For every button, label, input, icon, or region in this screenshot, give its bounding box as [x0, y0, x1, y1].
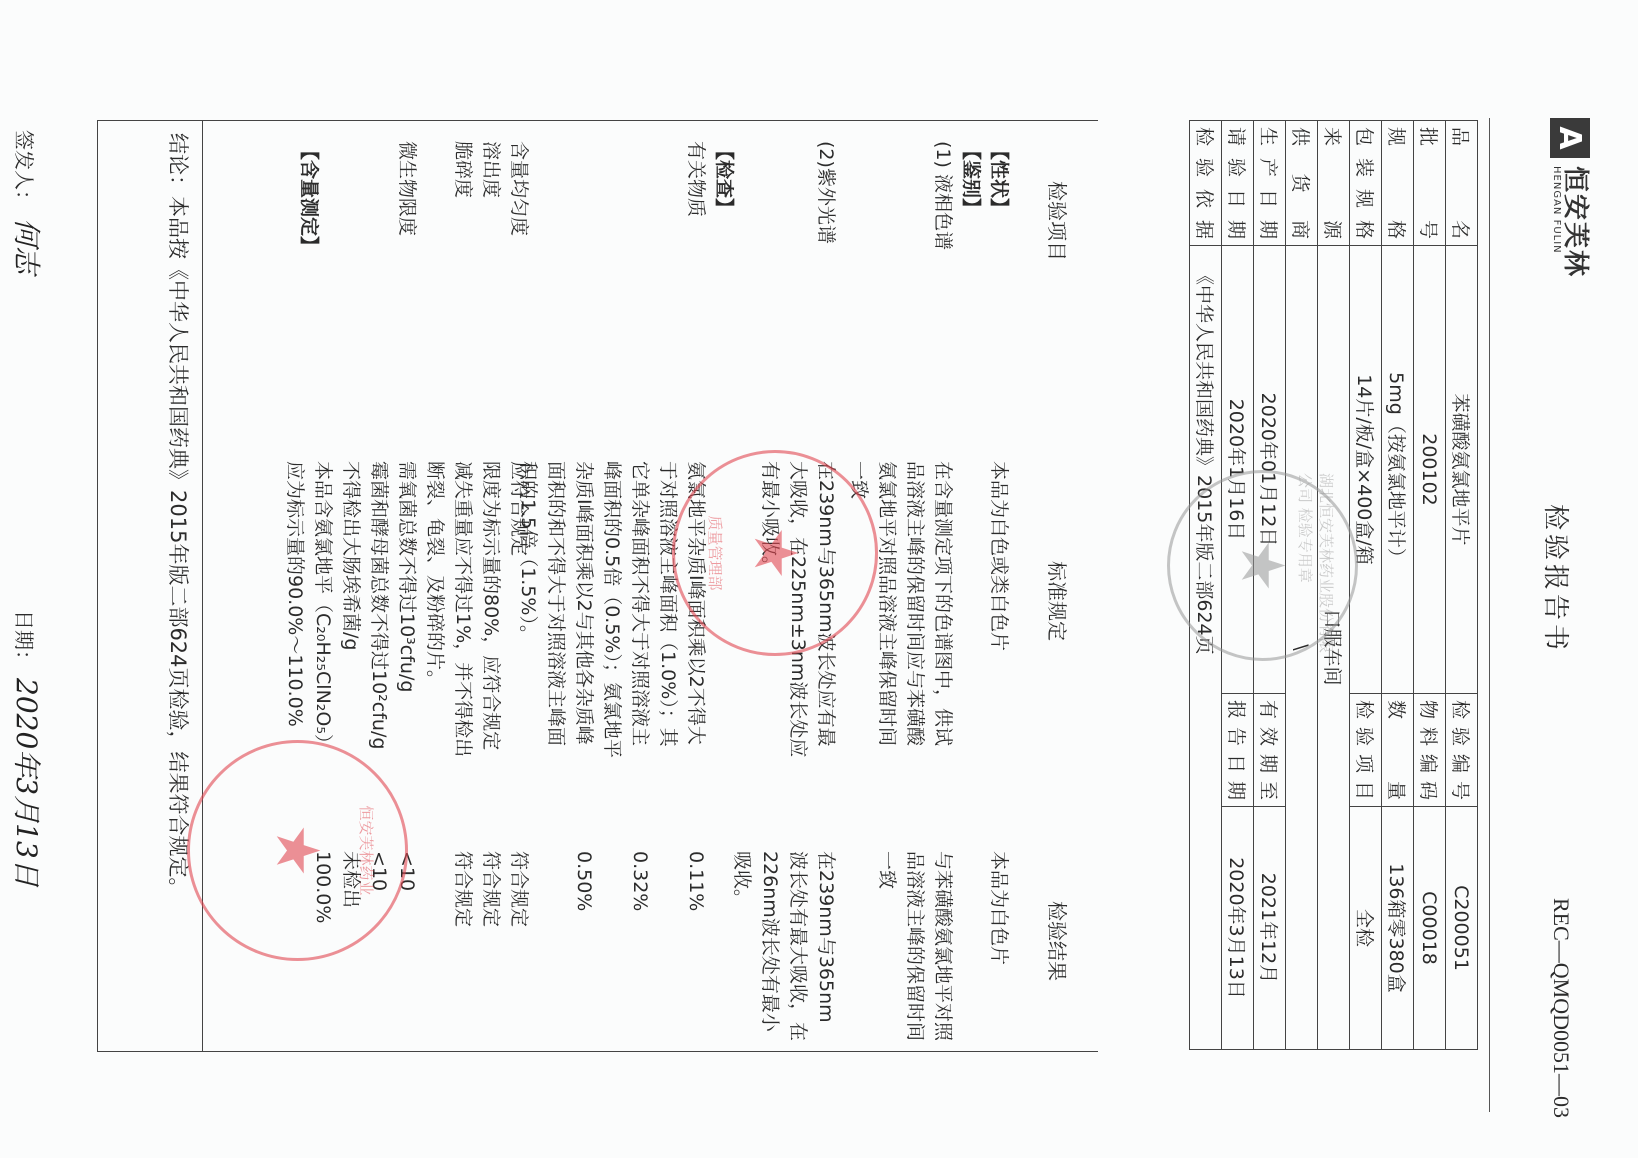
gray-seal-stamp: ★ 湖北恒安芙林药业股份有限公司 检验专用章: [1167, 470, 1358, 661]
info-row: 品名 苯磺酸氨氯地平片 检验编号 C200051: [1446, 121, 1478, 1050]
handwritten-date: 2020年3月13日: [10, 678, 43, 887]
item-hplc: (1) 液相色谱: [929, 141, 957, 371]
standard-related-substances: 氨氯地平杂质Ⅰ峰面积乘以2不得大于对照溶液主峰面积（1.0%）；其它单杂峰面积不…: [514, 461, 710, 761]
signer: 签发人：何志: [8, 130, 48, 274]
expiry: 2021年12月: [1254, 807, 1286, 1050]
conclusion-text: 结论：本品按《中华人民共和国药典》2015年版二部624页检验，结果符合规定。: [164, 133, 194, 899]
inspect-item-label: 检验项目: [1350, 694, 1382, 807]
item-content-uniformity: 含量均匀度: [505, 141, 533, 371]
result-hplc: 与苯磺酸氨氯地平对照品溶液主峰的保留时间一致: [873, 851, 957, 1041]
standard-friability: 减失重量应不得过1%，并不得检出断裂、龟裂、及粉碎的片。: [421, 461, 477, 761]
standard-dissolution: 限度为标示量的80%，应符合规定: [477, 461, 505, 761]
star-icon: ★: [263, 824, 333, 878]
basis-label: 检验依据: [1190, 121, 1222, 246]
standard-microbial-3: 不得检出大肠埃希菌/g: [337, 461, 365, 761]
column-header-standard: 标准规定: [1044, 561, 1073, 641]
document-code: REC—QMQD0051—03: [1548, 898, 1574, 1118]
batch: 200102: [1414, 246, 1446, 694]
standard-appearance: 本品为白色或类白色片: [985, 461, 1013, 761]
date-label: 日期：: [12, 610, 36, 670]
batch-label: 批号: [1414, 121, 1446, 246]
stamp-text: 恒安芙林药业: [356, 805, 377, 895]
result-uv: 在239nm与365nm波长处有最大吸收，在226nm波长处有最小吸收。: [728, 851, 840, 1041]
info-row: 规格 5mg（按氨氯地平计） 数量 136箱零380盒: [1382, 121, 1414, 1050]
conclusion-box: 结论：本品按《中华人民共和国药典》2015年版二部624页检验，结果符合规定。: [102, 121, 203, 1051]
request-date-label: 请验日期: [1222, 121, 1254, 246]
package: 14片/板/盒×400盒/箱: [1350, 246, 1382, 694]
inspect-item: 全检: [1350, 807, 1382, 1050]
item-related-substances: 有关物质: [682, 141, 710, 371]
result-appearance: 本品为白色片: [985, 851, 1013, 1041]
inspection-report-page: A 恒安芙林 HENGAN FULIN 检验报告书 REC—QMQD0051—0…: [0, 0, 1638, 1158]
report-date: 2020年3月13日: [1222, 807, 1254, 1050]
source-label: 来源: [1318, 121, 1350, 246]
inspect-no: C200051: [1446, 807, 1478, 1050]
item-assay: 【含量测定】: [295, 141, 323, 371]
result-friability: 符合规定: [449, 851, 477, 1041]
product-name-label: 品名: [1446, 121, 1478, 246]
result-related-2: 0.32%: [626, 851, 654, 1041]
result-dissolution: 符合规定: [477, 851, 505, 1041]
column-header-result: 检验结果: [1044, 901, 1073, 981]
header-divider: [1489, 118, 1490, 1112]
package-label: 包装规格: [1350, 121, 1382, 246]
item-friability: 脆碎度: [449, 141, 477, 371]
info-row: 批号 200102 物料编码 C00018: [1414, 121, 1446, 1050]
result-content-uniformity: 符合规定: [505, 851, 533, 1041]
column-header-item: 检验项目: [1044, 181, 1073, 261]
product-name: 苯磺酸氨氯地平片: [1446, 246, 1478, 694]
item-uv: (2)紫外光谱: [812, 141, 840, 371]
result-related-3: 0.50%: [570, 851, 598, 1041]
quantity: 136箱零380盒: [1382, 807, 1414, 1050]
star-icon: ★: [740, 526, 810, 580]
report-date-label: 报告日期: [1222, 694, 1254, 807]
item-microbial-limit: 微生物限度: [393, 141, 421, 371]
standard-microbial-1: 需氧菌总数不得过10³cfu/g: [393, 461, 421, 761]
star-icon: ★: [1228, 539, 1298, 593]
stamp-text: 质量管理部: [705, 515, 726, 590]
standard-content-uniformity: 应符合规定: [505, 461, 533, 761]
item-checks: 【检查】: [710, 141, 738, 371]
material-code-label: 物料编码: [1414, 694, 1446, 807]
standard-microbial-2: 霉菌和酵母菌总数不得过10²cfu/g: [365, 461, 393, 761]
item-appearance: 【性状】: [985, 141, 1013, 371]
quantity-label: 数量: [1382, 694, 1414, 807]
red-seal-stamp-qa: ★ 质量管理部: [672, 450, 878, 656]
signer-signature: 何志: [10, 218, 43, 274]
red-seal-stamp-company: ★ 恒安芙林药业: [187, 740, 408, 961]
expiry-label: 有效期至: [1254, 694, 1286, 807]
sign-date: 日期：2020年3月13日: [8, 610, 48, 887]
spec: 5mg（按氨氯地平计）: [1382, 246, 1414, 694]
signer-label: 签发人：: [12, 130, 36, 210]
item-identification: 【鉴别】: [957, 141, 985, 371]
item-dissolution: 溶出度: [477, 141, 505, 371]
result-related-1: 0.11%: [682, 851, 710, 1041]
supplier-label: 供货商: [1286, 121, 1318, 246]
standard-assay: 本品含氨氯地平（C₂₀H₂₅ClN₂O₅）应为标示量的90.0%～110.0%: [281, 461, 337, 761]
inspect-no-label: 检验编号: [1446, 694, 1478, 807]
stamp-text: 湖北恒安芙林药业股份有限公司 检验专用章: [1295, 473, 1337, 658]
production-date-label: 生产日期: [1254, 121, 1286, 246]
spec-label: 规格: [1382, 121, 1414, 246]
material-code: C00018: [1414, 807, 1446, 1050]
